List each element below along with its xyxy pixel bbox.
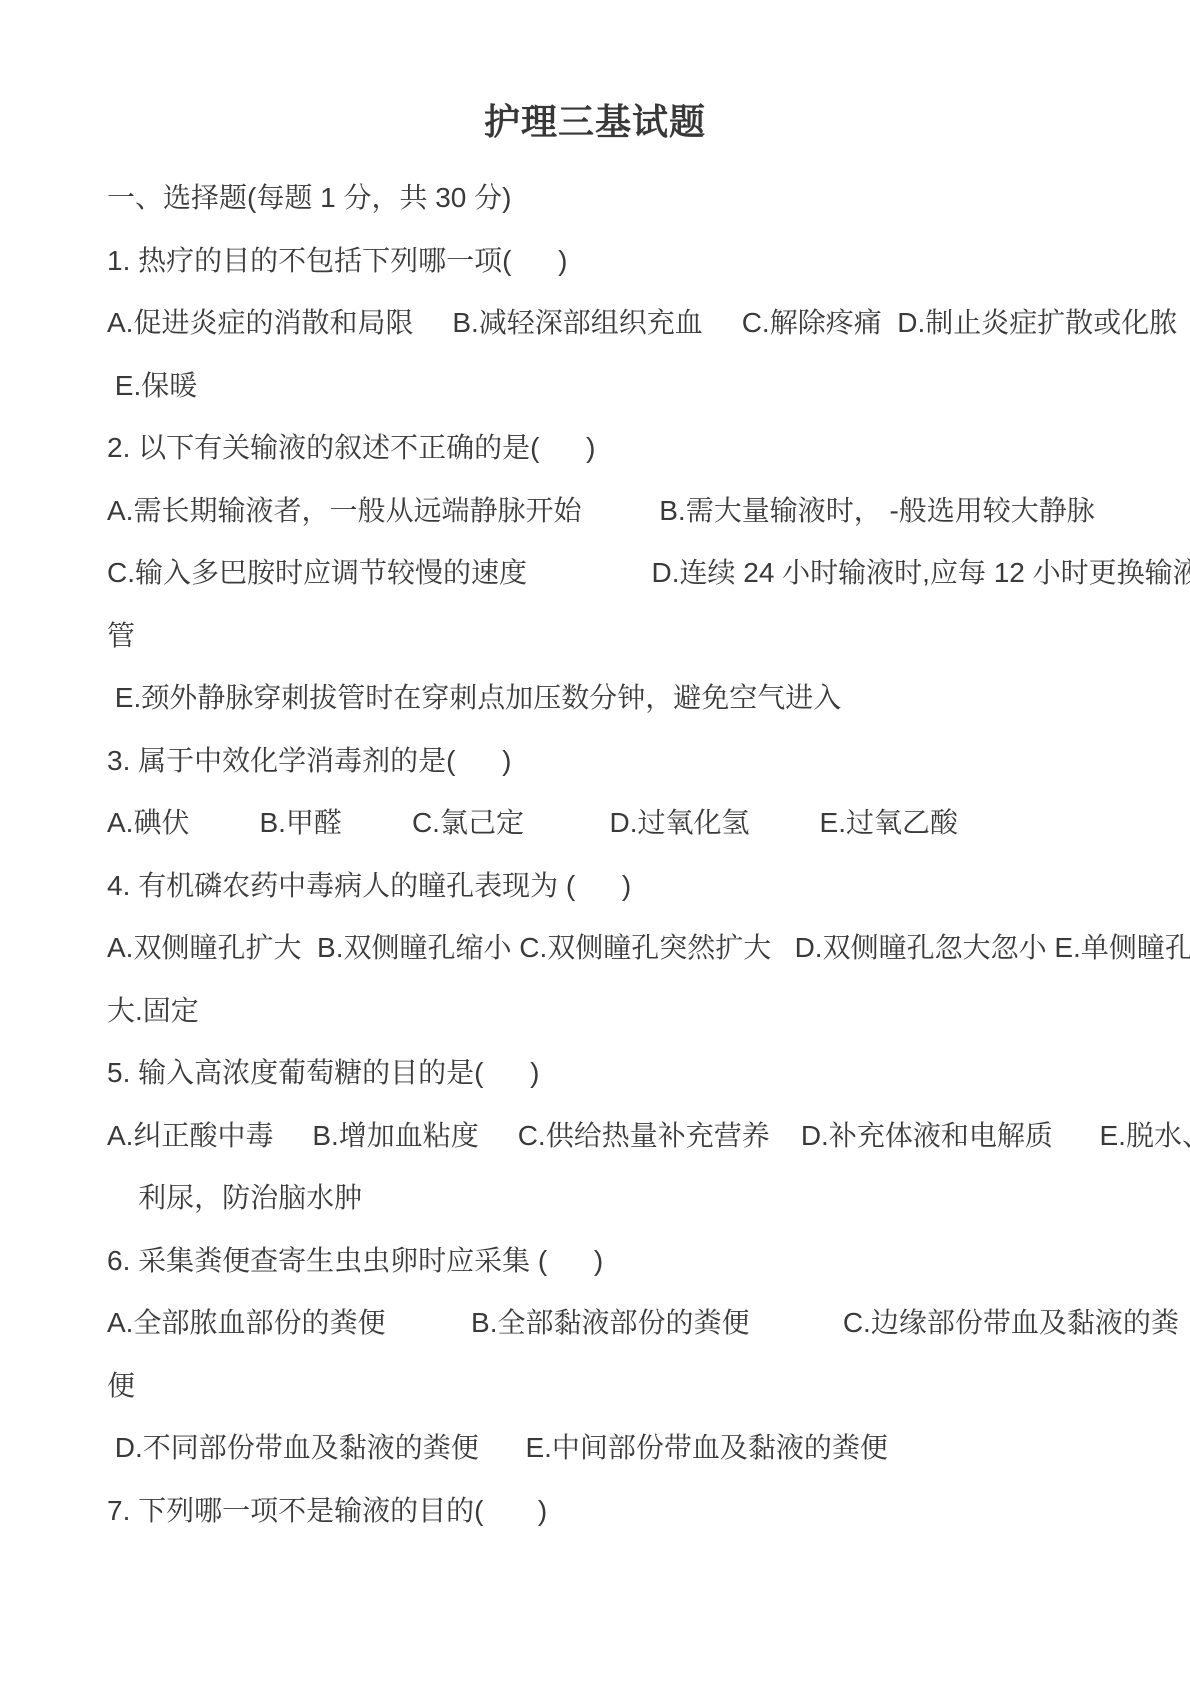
- question-2-option-d-wrap: 管: [107, 605, 1190, 668]
- question-4-stem: 4. 有机磷农药中毒病人的瞳孔表现为 ( ): [107, 855, 1190, 918]
- question-2-stem: 2. 以下有关输液的叙述不正确的是( ): [107, 417, 1190, 480]
- question-6-stem: 6. 采集粪便查寄生虫虫卵时应采集 ( ): [107, 1230, 1190, 1293]
- question-2-options-c-d: C.输入多巴胺时应调节较慢的速度 D.连续 24 小时输液时,应每 12 小时更…: [107, 542, 1190, 605]
- question-3-stem: 3. 属于中效化学消毒剂的是( ): [107, 730, 1190, 793]
- question-7-stem: 7. 下列哪一项不是输液的目的( ): [107, 1480, 1190, 1543]
- question-5-option-e-wrap: 利尿，防治脑水肿: [107, 1167, 1190, 1230]
- question-5-stem: 5. 输入高浓度葡萄糖的目的是( ): [107, 1042, 1190, 1105]
- question-4-options-a-e: A.双侧瞳孔扩大 B.双侧瞳孔缩小 C.双侧瞳孔突然扩大 D.双侧瞳孔忽大忽小 …: [107, 917, 1190, 980]
- question-6-options-a-c: A.全部脓血部份的粪便 B.全部黏液部份的粪便 C.边缘部份带血及黏液的粪: [107, 1292, 1190, 1355]
- section-header: 一、选择题(每题 1 分，共 30 分): [107, 167, 1190, 230]
- question-1-option-e: E.保暖: [107, 355, 1190, 418]
- question-2-option-e: E.颈外静脉穿刺拔管时在穿刺点加压数分钟，避免空气进入: [107, 667, 1190, 730]
- question-1-stem: 1. 热疗的目的不包括下列哪一项( ): [107, 230, 1190, 293]
- question-6-options-d-e: D.不同部份带血及黏液的粪便 E.中间部份带血及黏液的粪便: [107, 1417, 1190, 1480]
- question-3-options-a-e: A.碘伏 B.甲醛 C.氯己定 D.过氧化氢 E.过氧乙酸: [107, 792, 1190, 855]
- document-title: 护理三基试题: [0, 97, 1190, 147]
- question-5-options-a-e: A.纠正酸中毒 B.增加血粘度 C.供给热量补充营养 D.补充体液和电解质 E.…: [107, 1105, 1190, 1168]
- document-body: 一、选择题(每题 1 分，共 30 分) 1. 热疗的目的不包括下列哪一项( )…: [0, 167, 1190, 1542]
- question-6-option-c-wrap: 便: [107, 1355, 1190, 1418]
- question-1-options-a-d: A.促进炎症的消散和局限 B.减轻深部组织充血 C.解除疼痛 D.制止炎症扩散或…: [107, 292, 1190, 355]
- question-2-options-a-b: A.需长期输液者，一般从远端静脉开始 B.需大量输液时， -般选用较大静脉: [107, 480, 1190, 543]
- question-4-option-e-wrap: 大.固定: [107, 980, 1190, 1043]
- document-page: 护理三基试题 一、选择题(每题 1 分，共 30 分) 1. 热疗的目的不包括下…: [0, 0, 1190, 1683]
